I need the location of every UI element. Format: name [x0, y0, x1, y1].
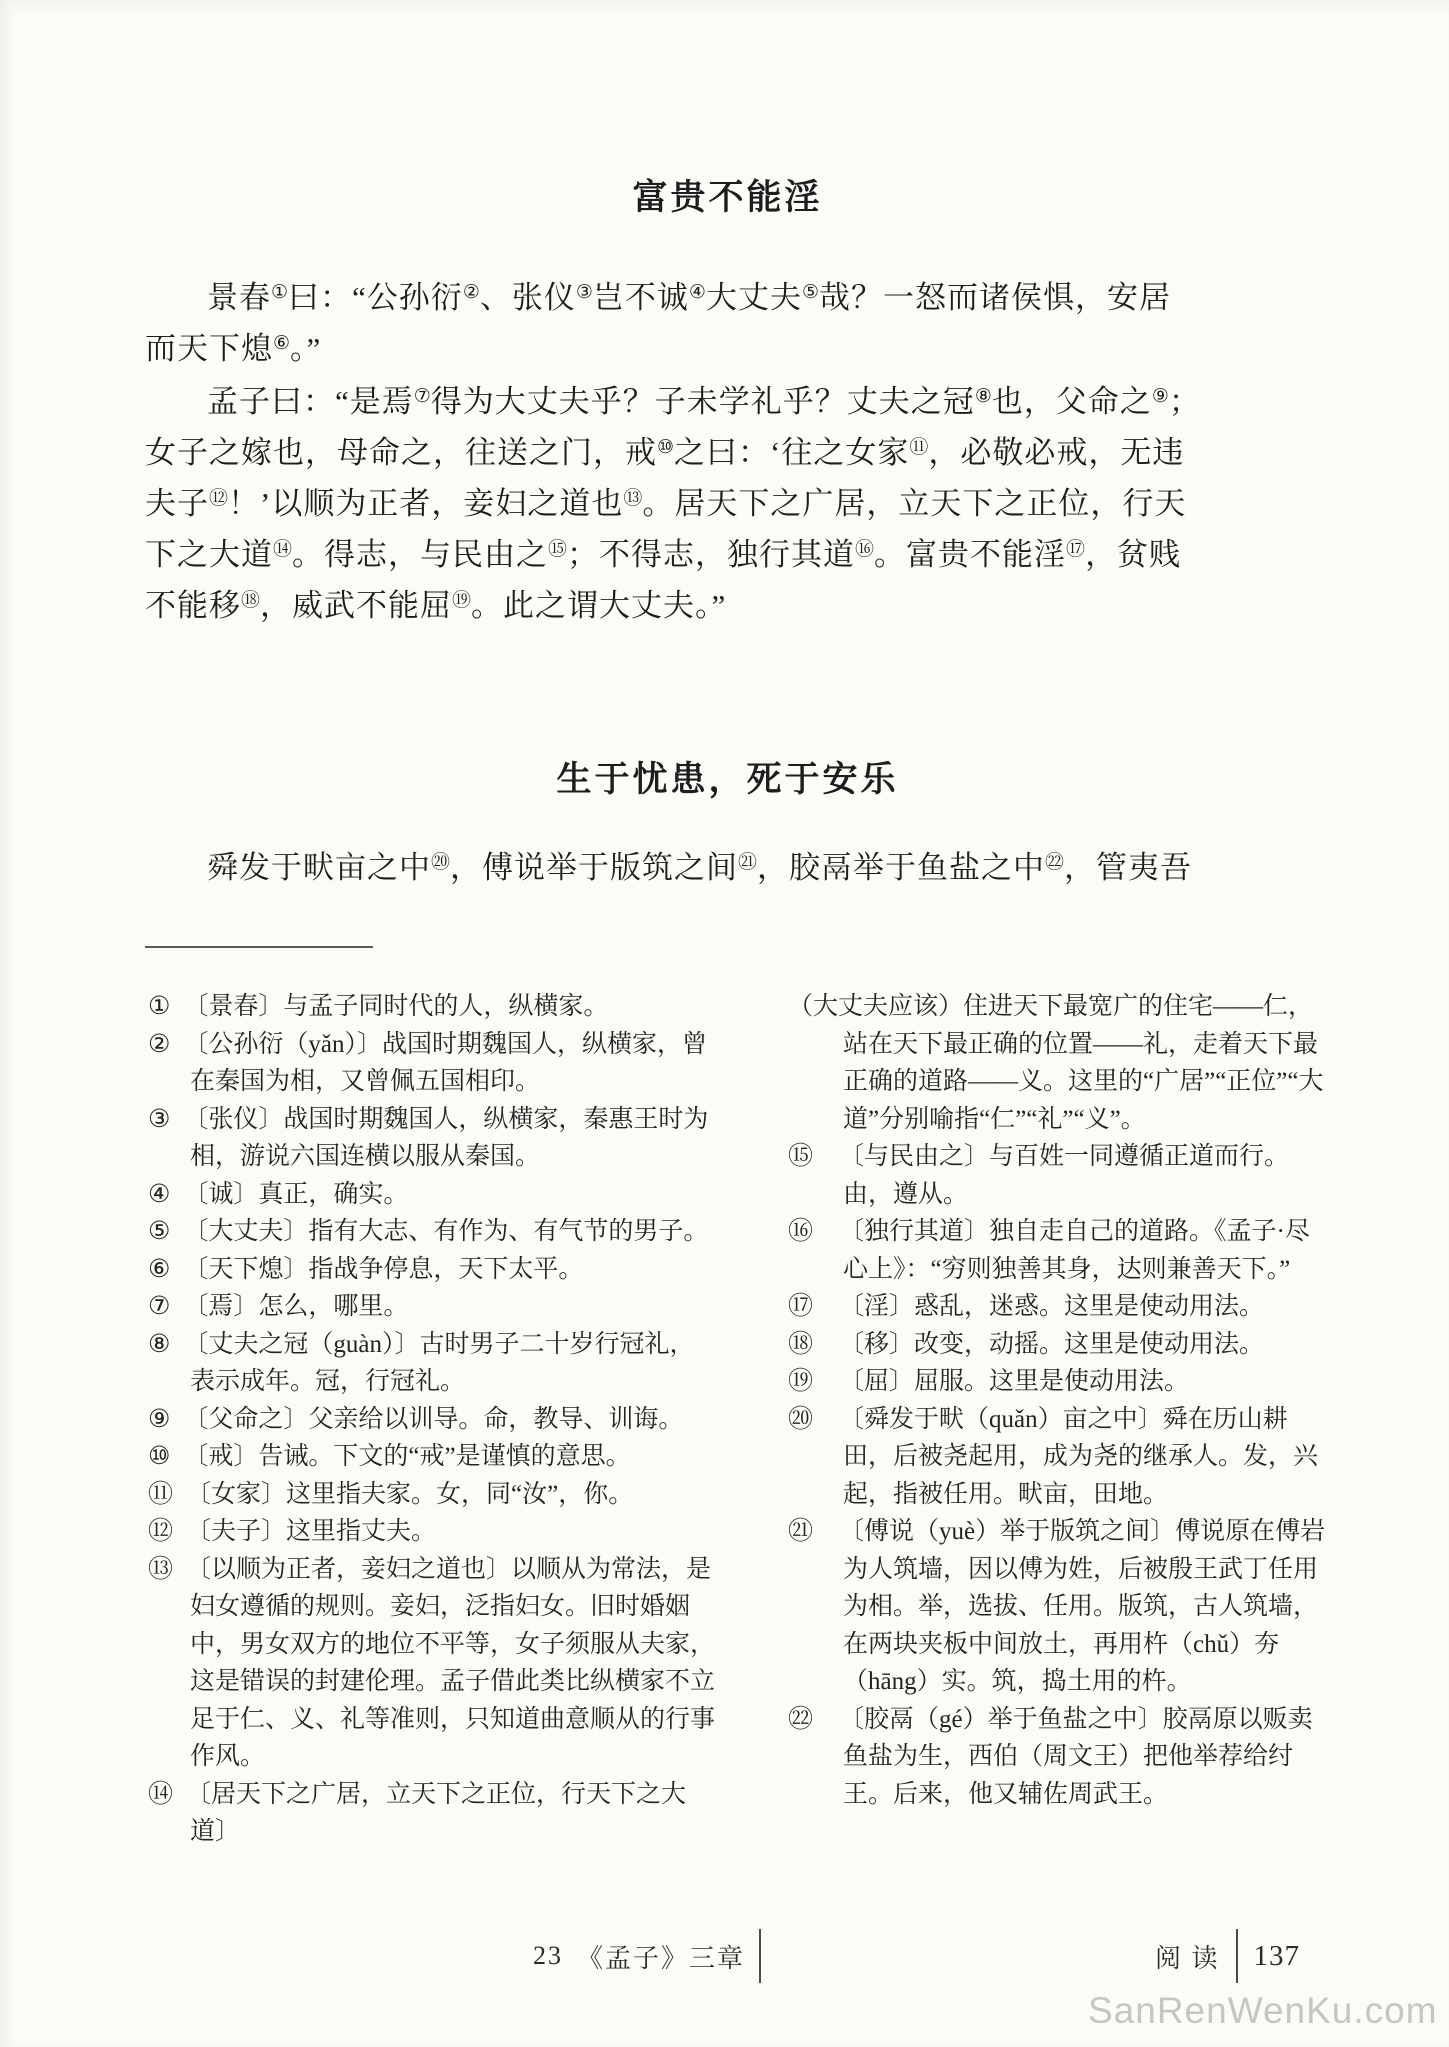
footnote-item: ⑳〔舜发于畎（quǎn）亩之中〕舜在历山耕田，后被尧起用，成为尧的继承人。发，兴… [788, 1401, 1328, 1514]
footnote-number: ㉒ [788, 1706, 813, 1733]
footnote-item: ⑦〔焉〕怎么，哪里。 [148, 1288, 716, 1326]
passage-paragraph-2: 孟子曰：“是焉⑦得为大丈夫乎？子未学礼乎？丈夫之冠⑧也，父命之⑨；女子之嫁也，母… [145, 376, 1320, 631]
footnote-marker: ⑮ [548, 539, 567, 560]
footnote-item: ⑭〔居天下之广居，立天下之正位，行天下之大道〕 [148, 1776, 716, 1851]
text-line: 景春①曰：“公孙衍②、张仪③岂不诚④大丈夫⑤哉？一怒而诸侯惧，安居 [145, 272, 1320, 323]
footnote-marker: ㉑ [738, 852, 757, 873]
footnote-item: ⑲〔屈〕屈服。这里是使动用法。 [788, 1363, 1328, 1401]
footnotes-left-column: ①〔景春〕与孟子同时代的人，纵横家。②〔公孙衍（yǎn）〕战国时期魏国人，纵横家… [148, 988, 716, 1851]
footnote-marker: ⑬ [623, 488, 642, 509]
footnote-number: ⑥ [148, 1256, 170, 1283]
footnote-item: ⑬〔以顺为正者，妾妇之道也〕以顺从为常法，是妇女遵循的规则。妾妇，泛指妇女。旧时… [148, 1551, 716, 1776]
footnote-marker: ② [463, 282, 480, 303]
book-page: 富贵不能淫 景春①曰：“公孙衍②、张仪③岂不诚④大丈夫⑤哉？一怒而诸侯惧，安居而… [0, 0, 1449, 2047]
passage-paragraph-1: 景春①曰：“公孙衍②、张仪③岂不诚④大丈夫⑤哉？一怒而诸侯惧，安居而天下熄⑥。” [145, 272, 1320, 374]
footnote-item: ⑮〔与民由之〕与百姓一同遵循正道而行。由，遵从。 [788, 1138, 1328, 1213]
section-label: 阅 读 [1155, 1938, 1220, 1975]
footnote-item: ㉒〔胶鬲（gé）举于鱼盐之中〕胶鬲原以贩卖鱼盐为生，西伯（周文王）把他举荐给纣王… [788, 1701, 1328, 1814]
footnote-number: ⑨ [148, 1406, 170, 1433]
text-line: 舜发于畎亩之中⑳，傅说举于版筑之间㉑，胶鬲举于鱼盐之中㉒，管夷吾 [145, 842, 1320, 893]
text-line: 不能移⑱，威武不能屈⑲。此之谓大丈夫。” [145, 580, 1320, 631]
footnote-number: ⑮ [788, 1143, 813, 1170]
footnote-number: ④ [148, 1181, 170, 1208]
footnote-number: ⑧ [148, 1331, 170, 1358]
footnote-number: ⑦ [148, 1293, 170, 1320]
footnote-number: ⑲ [788, 1368, 813, 1395]
footnote-item: ⑨〔父命之〕父亲给以训导。命，教导、训诲。 [148, 1401, 716, 1439]
footnote-number: ⑰ [788, 1293, 813, 1320]
text-line: 而天下熄⑥。” [145, 323, 1320, 374]
footnote-item: ⑫〔夫子〕这里指丈夫。 [148, 1513, 716, 1551]
footnote-marker: ⑰ [1066, 539, 1085, 560]
lesson-number: 23 [533, 1941, 563, 1971]
footnote-marker: ④ [689, 282, 706, 303]
section-title-fuguibunengyin: 富贵不能淫 [145, 170, 1310, 220]
footnote-item: ⑪〔女家〕这里指夫家。女，同“汝”，你。 [148, 1476, 716, 1514]
footnotes-right-column: （大丈夫应该）住进天下最宽广的住宅——仁，站在天下最正确的位置——礼，走着天下最… [788, 988, 1328, 1813]
passage-paragraph-3: 舜发于畎亩之中⑳，傅说举于版筑之间㉑，胶鬲举于鱼盐之中㉒，管夷吾 [145, 842, 1320, 893]
footnote-marker: ⑪ [909, 437, 928, 458]
footnote-marker: ① [271, 282, 288, 303]
footnote-number: ⑤ [148, 1218, 170, 1245]
footnote-marker: ⑥ [273, 333, 290, 354]
footnote-item: ②〔公孙衍（yǎn）〕战国时期魏国人，纵横家，曾在秦国为相，又曾佩五国相印。 [148, 1026, 716, 1101]
text-line: 孟子曰：“是焉⑦得为大丈夫乎？子未学礼乎？丈夫之冠⑧也，父命之⑨； [145, 376, 1320, 427]
footer-divider-bar [759, 1929, 761, 1983]
footnote-item: ①〔景春〕与孟子同时代的人，纵横家。 [148, 988, 716, 1026]
footnote-item: ⑩〔戒〕告诫。下文的“戒”是谨慎的意思。 [148, 1438, 716, 1476]
footnote-item: ⑰〔淫〕惑乱，迷惑。这里是使动用法。 [788, 1288, 1328, 1326]
footnote-divider-rule [145, 946, 373, 948]
section-title-shengyuyouhuan: 生于忧患，死于安乐 [145, 752, 1310, 802]
footnote-number: ① [148, 993, 170, 1020]
footer-divider-bar [1236, 1929, 1238, 1983]
footnote-number: ⑫ [148, 1518, 173, 1545]
footnote-marker: ⑦ [414, 386, 431, 407]
footnote-number: ② [148, 1031, 170, 1058]
footnote-continuation: （大丈夫应该）住进天下最宽广的住宅——仁，站在天下最正确的位置——礼，走着天下最… [788, 988, 1328, 1138]
footnote-item: ⑥〔天下熄〕指战争停息，天下太平。 [148, 1251, 716, 1289]
lesson-title: 《孟子》三章 [577, 1938, 745, 1975]
footnote-marker: ⑫ [209, 488, 228, 509]
footnote-number: ⑭ [148, 1781, 173, 1808]
footnote-marker: ⑨ [1152, 386, 1169, 407]
footnote-marker: ⑧ [975, 386, 992, 407]
watermark: SanRenWenKu.com [1088, 1990, 1438, 2032]
footnote-item: ⑧〔丈夫之冠（guàn）〕古时男子二十岁行冠礼，表示成年。冠，行冠礼。 [148, 1326, 716, 1401]
footnote-marker: ㉒ [1045, 852, 1064, 873]
footnote-marker: ⑩ [657, 437, 674, 458]
footnote-number: ⑳ [788, 1406, 813, 1433]
footnote-item: ⑤〔大丈夫〕指有大志、有作为、有气节的男子。 [148, 1213, 716, 1251]
footnote-marker: ⑤ [802, 282, 819, 303]
footnote-item: ③〔张仪〕战国时期魏国人，纵横家，秦惠王时为相，游说六国连横以服从秦国。 [148, 1101, 716, 1176]
text-line: 女子之嫁也，母命之，往送之门，戒⑩之曰：‘往之女家⑪，必敬必戒，无违 [145, 427, 1320, 478]
footnote-number: ㉑ [788, 1518, 813, 1545]
footnote-number: ⑬ [148, 1556, 173, 1583]
footnote-marker: ⑱ [241, 590, 260, 611]
footnote-number: ⑱ [788, 1331, 813, 1358]
footnote-number: ⑩ [148, 1443, 170, 1470]
footnote-number: ③ [148, 1106, 170, 1133]
footnote-number: ⑪ [148, 1481, 173, 1508]
text-line: 夫子⑫！’以顺为正者，妾妇之道也⑬。居天下之广居，立天下之正位，行天 [145, 478, 1320, 529]
footnote-marker: ③ [576, 282, 593, 303]
footnote-item: ④〔诚〕真正，确实。 [148, 1176, 716, 1214]
page-number: 137 [1254, 1940, 1301, 1973]
footnote-item: ⑯〔独行其道〕独自走自己的道路。《孟子·尽心上》：“穷则独善其身，达则兼善天下。… [788, 1213, 1328, 1288]
footer-page-info: 阅 读 137 [1155, 1928, 1300, 1984]
text-line: 下之大道⑭。得志，与民由之⑮；不得志，独行其道⑯。富贵不能淫⑰，贫贱 [145, 529, 1320, 580]
footnote-number: ⑯ [788, 1218, 813, 1245]
footnote-marker: ⑲ [452, 590, 471, 611]
footnote-item: ⑱〔移〕改变，动摇。这里是使动用法。 [788, 1326, 1328, 1364]
footnote-marker: ⑭ [273, 539, 292, 560]
footer-lesson-info: 23 《孟子》三章 [533, 1928, 761, 1984]
footnote-marker: ⑯ [855, 539, 874, 560]
footnote-item: ㉑〔傅说（yuè）举于版筑之间〕傅说原在傅岩为人筑墙，因以傅为姓，后被殷王武丁任… [788, 1513, 1328, 1701]
footnote-marker: ⑳ [431, 852, 450, 873]
